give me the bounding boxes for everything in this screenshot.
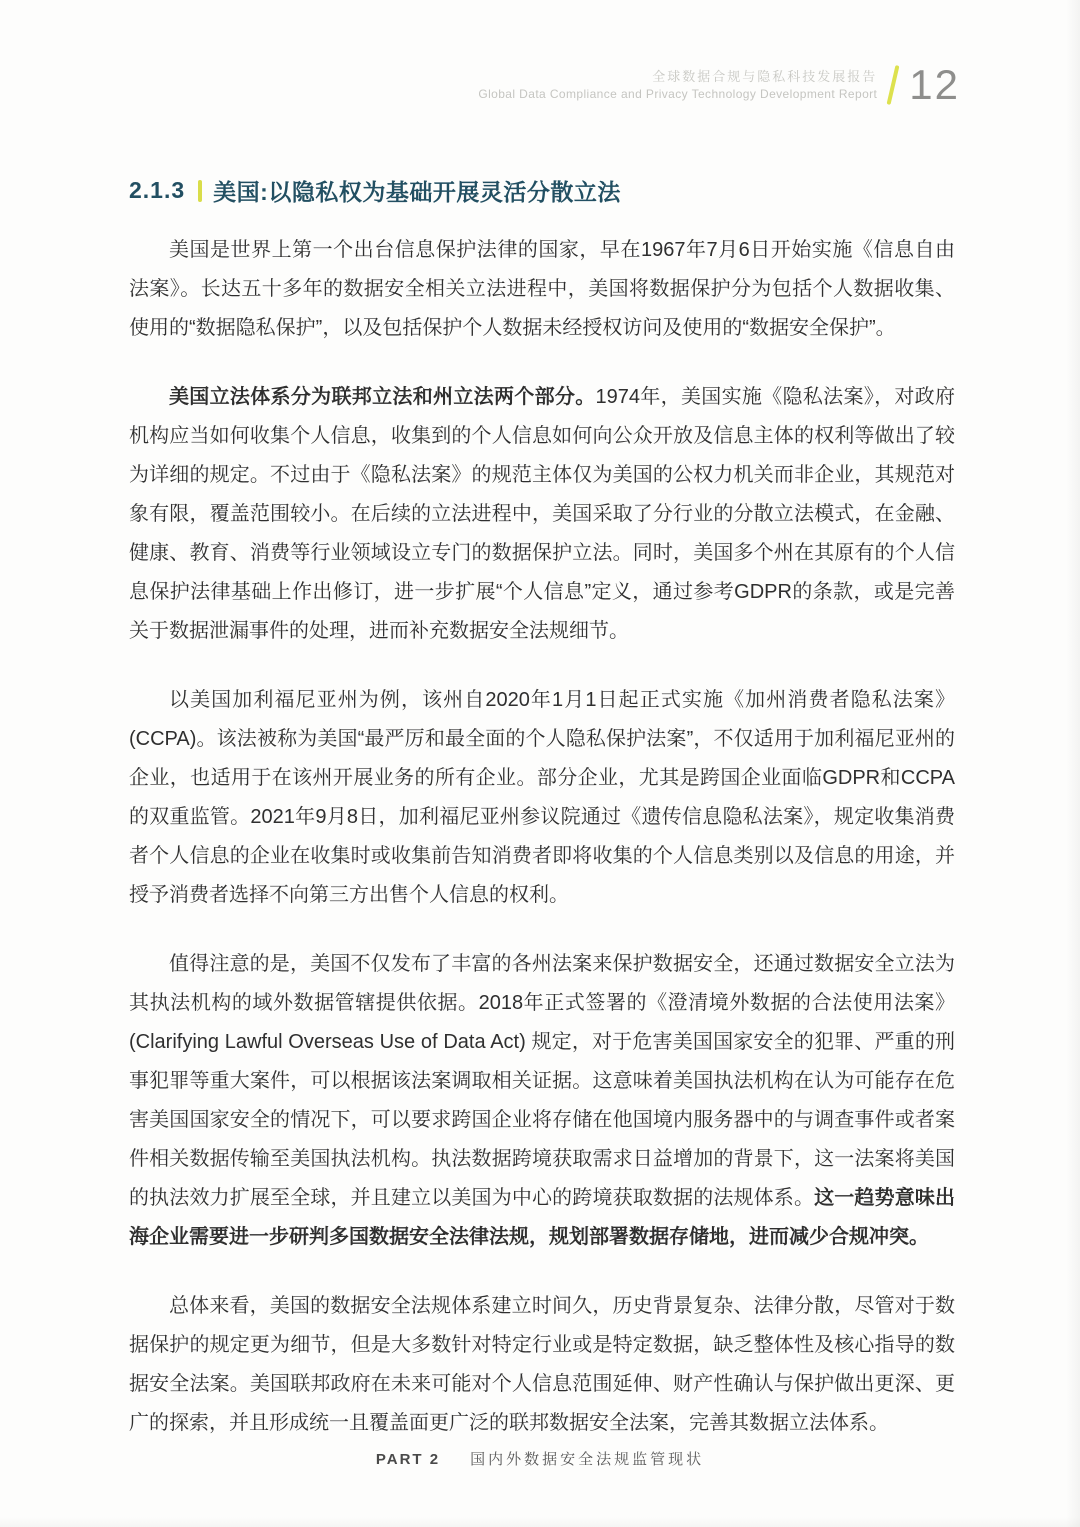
page-edge-shadow-right — [1066, 0, 1080, 1527]
paragraph-text: 值得注意的是，美国不仅发布了丰富的各州法案来保护数据安全，还通过数据安全立法为其… — [129, 953, 955, 1209]
report-title-en: Global Data Compliance and Privacy Techn… — [478, 86, 877, 103]
page-number: 12 — [909, 64, 960, 106]
paragraph-text: 以美国加利福尼亚州为例，该州自2020年1月1日起正式实施《加州消费者隐私法案》… — [129, 689, 955, 906]
paragraph: 值得注意的是，美国不仅发布了丰富的各州法案来保护数据安全，还通过数据安全立法为其… — [129, 945, 955, 1257]
paragraph: 美国是世界上第一个出台信息保护法律的国家，早在1967年7月6日开始实施《信息自… — [129, 231, 955, 348]
paragraph-text-bold: 美国立法体系分为联邦立法和州立法两个部分。 — [169, 386, 596, 408]
report-header: 全球数据合规与隐私科技发展报告 Global Data Compliance a… — [478, 64, 960, 106]
report-titles: 全球数据合规与隐私科技发展报告 Global Data Compliance a… — [478, 68, 877, 103]
report-title-zh: 全球数据合规与隐私科技发展报告 — [478, 68, 877, 86]
heading-accent-bar-icon — [198, 180, 202, 202]
footer-section-title: 国内外数据安全法规监管现状 — [470, 1448, 704, 1469]
paragraph-text: 美国是世界上第一个出台信息保护法律的国家，早在1967年7月6日开始实施《信息自… — [129, 239, 955, 339]
paragraph: 总体来看，美国的数据安全法规体系建立时间久，历史背景复杂、法律分散，尽管对于数据… — [129, 1287, 955, 1443]
section-title: 美国:以隐私权为基础开展灵活分散立法 — [213, 174, 621, 207]
section-number: 2.1.3 — [129, 177, 185, 204]
section-heading: 2.1.3 美国:以隐私权为基础开展灵活分散立法 — [129, 174, 621, 207]
footer-part-label: PART 2 — [376, 1451, 440, 1468]
paragraph-text: 总体来看，美国的数据安全法规体系建立时间久，历史背景复杂、法律分散，尽管对于数据… — [129, 1295, 955, 1434]
page-footer: PART 2 国内外数据安全法规监管现状 — [0, 1448, 1080, 1469]
paragraph-text: 1974年，美国实施《隐私法案》，对政府机构应当如何收集个人信息，收集到的个人信… — [129, 386, 955, 642]
document-body: 美国是世界上第一个出台信息保护法律的国家，早在1967年7月6日开始实施《信息自… — [129, 231, 955, 1473]
paragraph: 以美国加利福尼亚州为例，该州自2020年1月1日起正式实施《加州消费者隐私法案》… — [129, 681, 955, 915]
page-edge-shadow-bottom — [0, 1517, 1080, 1527]
slash-divider-icon — [887, 65, 900, 105]
paragraph: 美国立法体系分为联邦立法和州立法两个部分。1974年，美国实施《隐私法案》，对政… — [129, 378, 955, 651]
page-root: { "page": { "header": { "title_zh": "全球数… — [0, 0, 1080, 1527]
